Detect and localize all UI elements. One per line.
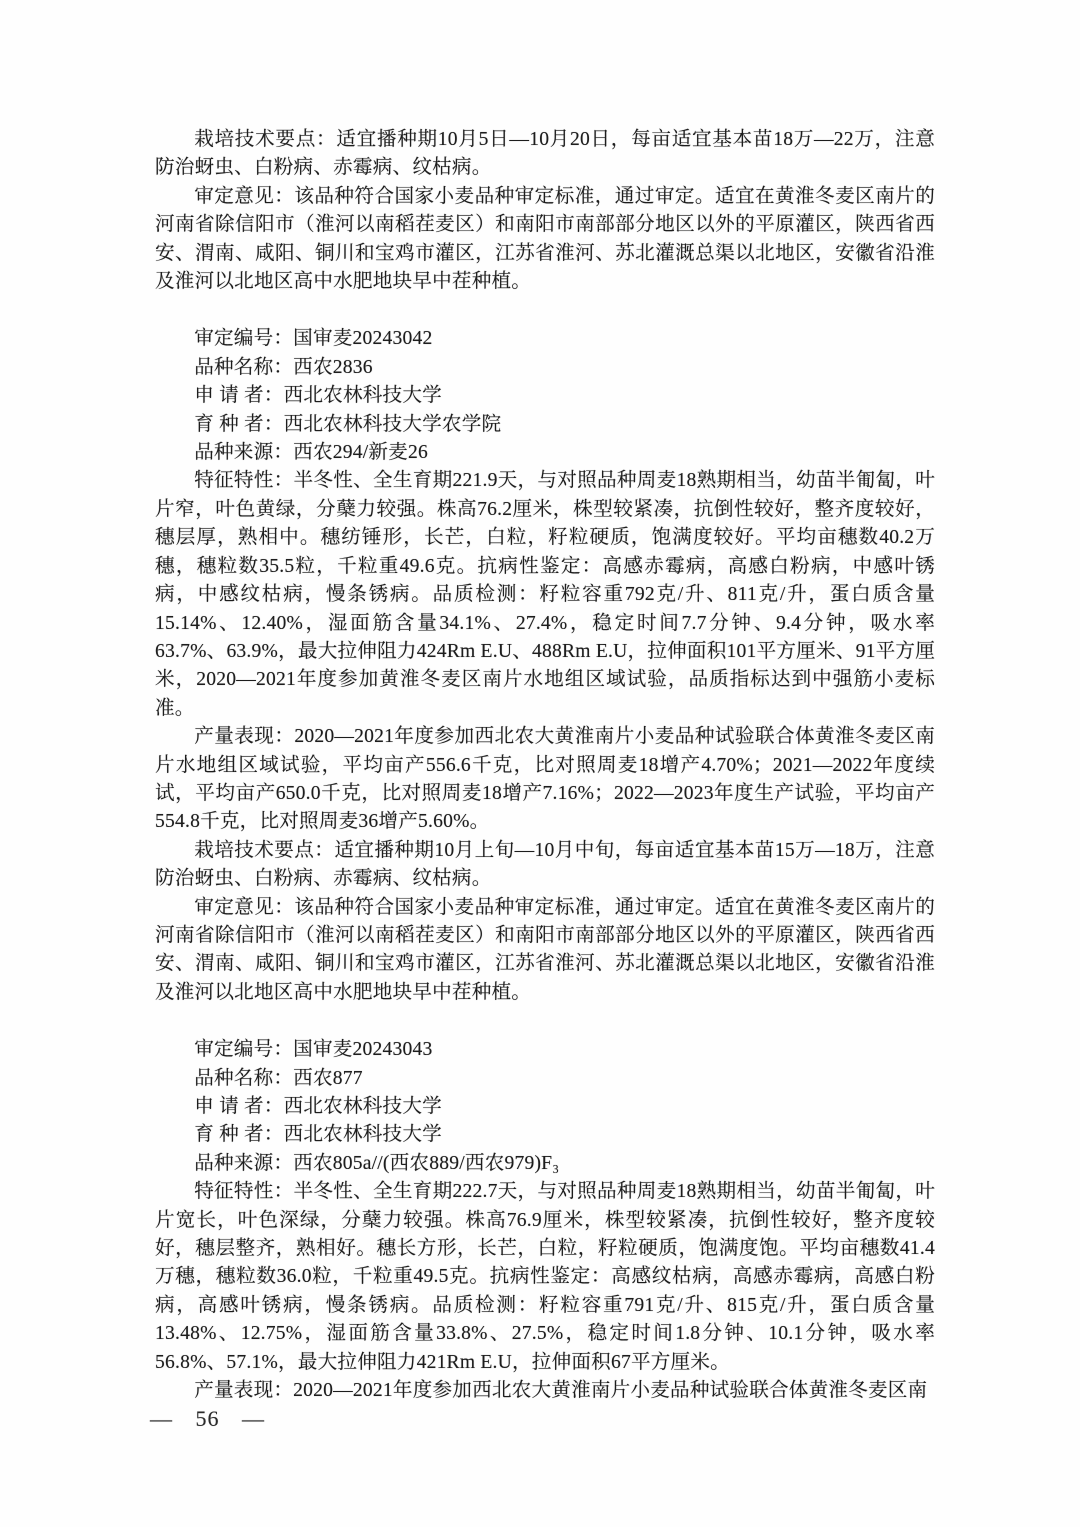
section-previous-entry-continued: 栽培技术要点：适宜播种期10月5日—10月20日，每亩适宜基本苗18万—22万，… bbox=[155, 126, 935, 296]
field-value: 西农294/新麦26 bbox=[293, 442, 428, 463]
paragraph-cultivation-tips: 栽培技术要点：适宜播种期10月5日—10月20日，每亩适宜基本苗18万—22万，… bbox=[155, 126, 935, 183]
field-label: 申 请 者： bbox=[194, 385, 283, 406]
page-footer: — 56 — bbox=[150, 1406, 265, 1432]
document-page: 栽培技术要点：适宜播种期10月5日—10月20日，每亩适宜基本苗18万—22万，… bbox=[0, 0, 1080, 1527]
field-label: 品种来源： bbox=[194, 1153, 293, 1174]
field-label: 育 种 者： bbox=[194, 1124, 283, 1145]
paragraph-yield-performance: 产量表现：2020—2021年度参加西北农大黄淮南片小麦品种试验联合体黄淮冬麦区… bbox=[155, 723, 935, 837]
paragraph-yield-performance-partial: 产量表现：2020—2021年度参加西北农大黄淮南片小麦品种试验联合体黄淮冬麦区… bbox=[155, 1377, 935, 1405]
section-variety-xinong-2836: 审定编号：国审麦20243042 品种名称：西农2836 申 请 者：西北农林科… bbox=[155, 325, 935, 1007]
paragraph-characteristics: 特征特性：半冬性、全生育期222.7天，与对照品种周麦18熟期相当，幼苗半匍匐，… bbox=[155, 1178, 935, 1377]
field-label: 申 请 者： bbox=[194, 1096, 283, 1117]
field-row-variety-source: 品种来源：西农294/新麦26 bbox=[155, 439, 935, 467]
paragraph-characteristics: 特征特性：半冬性、全生育期221.9天，与对照品种周麦18熟期相当，幼苗半匍匐，… bbox=[155, 467, 935, 723]
paragraph-cultivation-tips: 栽培技术要点：适宜播种期10月上旬—10月中旬，每亩适宜基本苗15万—18万，注… bbox=[155, 837, 935, 894]
document-content: 栽培技术要点：适宜播种期10月5日—10月20日，每亩适宜基本苗18万—22万，… bbox=[155, 126, 935, 1405]
field-label: 品种名称： bbox=[194, 1068, 293, 1089]
field-row-certificate-number: 审定编号：国审麦20243042 bbox=[155, 325, 935, 353]
field-row-breeder: 育 种 者：西北农林科技大学农学院 bbox=[155, 411, 935, 439]
field-label: 审定编号： bbox=[194, 1039, 293, 1060]
field-label: 育 种 者： bbox=[194, 414, 283, 435]
field-label: 品种来源： bbox=[194, 442, 293, 463]
field-value: 西农877 bbox=[293, 1068, 363, 1089]
section-variety-xinong-877: 审定编号：国审麦20243043 品种名称：西农877 申 请 者：西北农林科技… bbox=[155, 1036, 935, 1405]
field-row-variety-source: 品种来源：西农805a//(西农889/西农979)F₃ bbox=[155, 1150, 935, 1178]
field-value: 西北农林科技大学 bbox=[284, 1124, 442, 1145]
field-row-variety-name: 品种名称：西农877 bbox=[155, 1065, 935, 1093]
field-value: 国审麦20243043 bbox=[293, 1039, 432, 1060]
paragraph-approval-opinion: 审定意见：该品种符合国家小麦品种审定标准，通过审定。适宜在黄淮冬麦区南片的河南省… bbox=[155, 183, 935, 297]
field-label: 品种名称： bbox=[194, 357, 293, 378]
field-row-applicant: 申 请 者：西北农林科技大学 bbox=[155, 382, 935, 410]
field-value: 西北农林科技大学农学院 bbox=[284, 414, 502, 435]
field-label: 审定编号： bbox=[194, 328, 293, 349]
page-number: — 56 — bbox=[150, 1406, 265, 1431]
field-row-breeder: 育 种 者：西北农林科技大学 bbox=[155, 1121, 935, 1149]
field-value: 西北农林科技大学 bbox=[284, 385, 442, 406]
paragraph-approval-opinion: 审定意见：该品种符合国家小麦品种审定标准，通过审定。适宜在黄淮冬麦区南片的河南省… bbox=[155, 894, 935, 1008]
field-row-certificate-number: 审定编号：国审麦20243043 bbox=[155, 1036, 935, 1064]
field-value: 西农805a//(西农889/西农979)F₃ bbox=[293, 1153, 559, 1174]
field-row-applicant: 申 请 者：西北农林科技大学 bbox=[155, 1093, 935, 1121]
field-value: 西农2836 bbox=[293, 357, 373, 378]
field-value: 西北农林科技大学 bbox=[284, 1096, 442, 1117]
field-row-variety-name: 品种名称：西农2836 bbox=[155, 354, 935, 382]
field-value: 国审麦20243042 bbox=[293, 328, 432, 349]
